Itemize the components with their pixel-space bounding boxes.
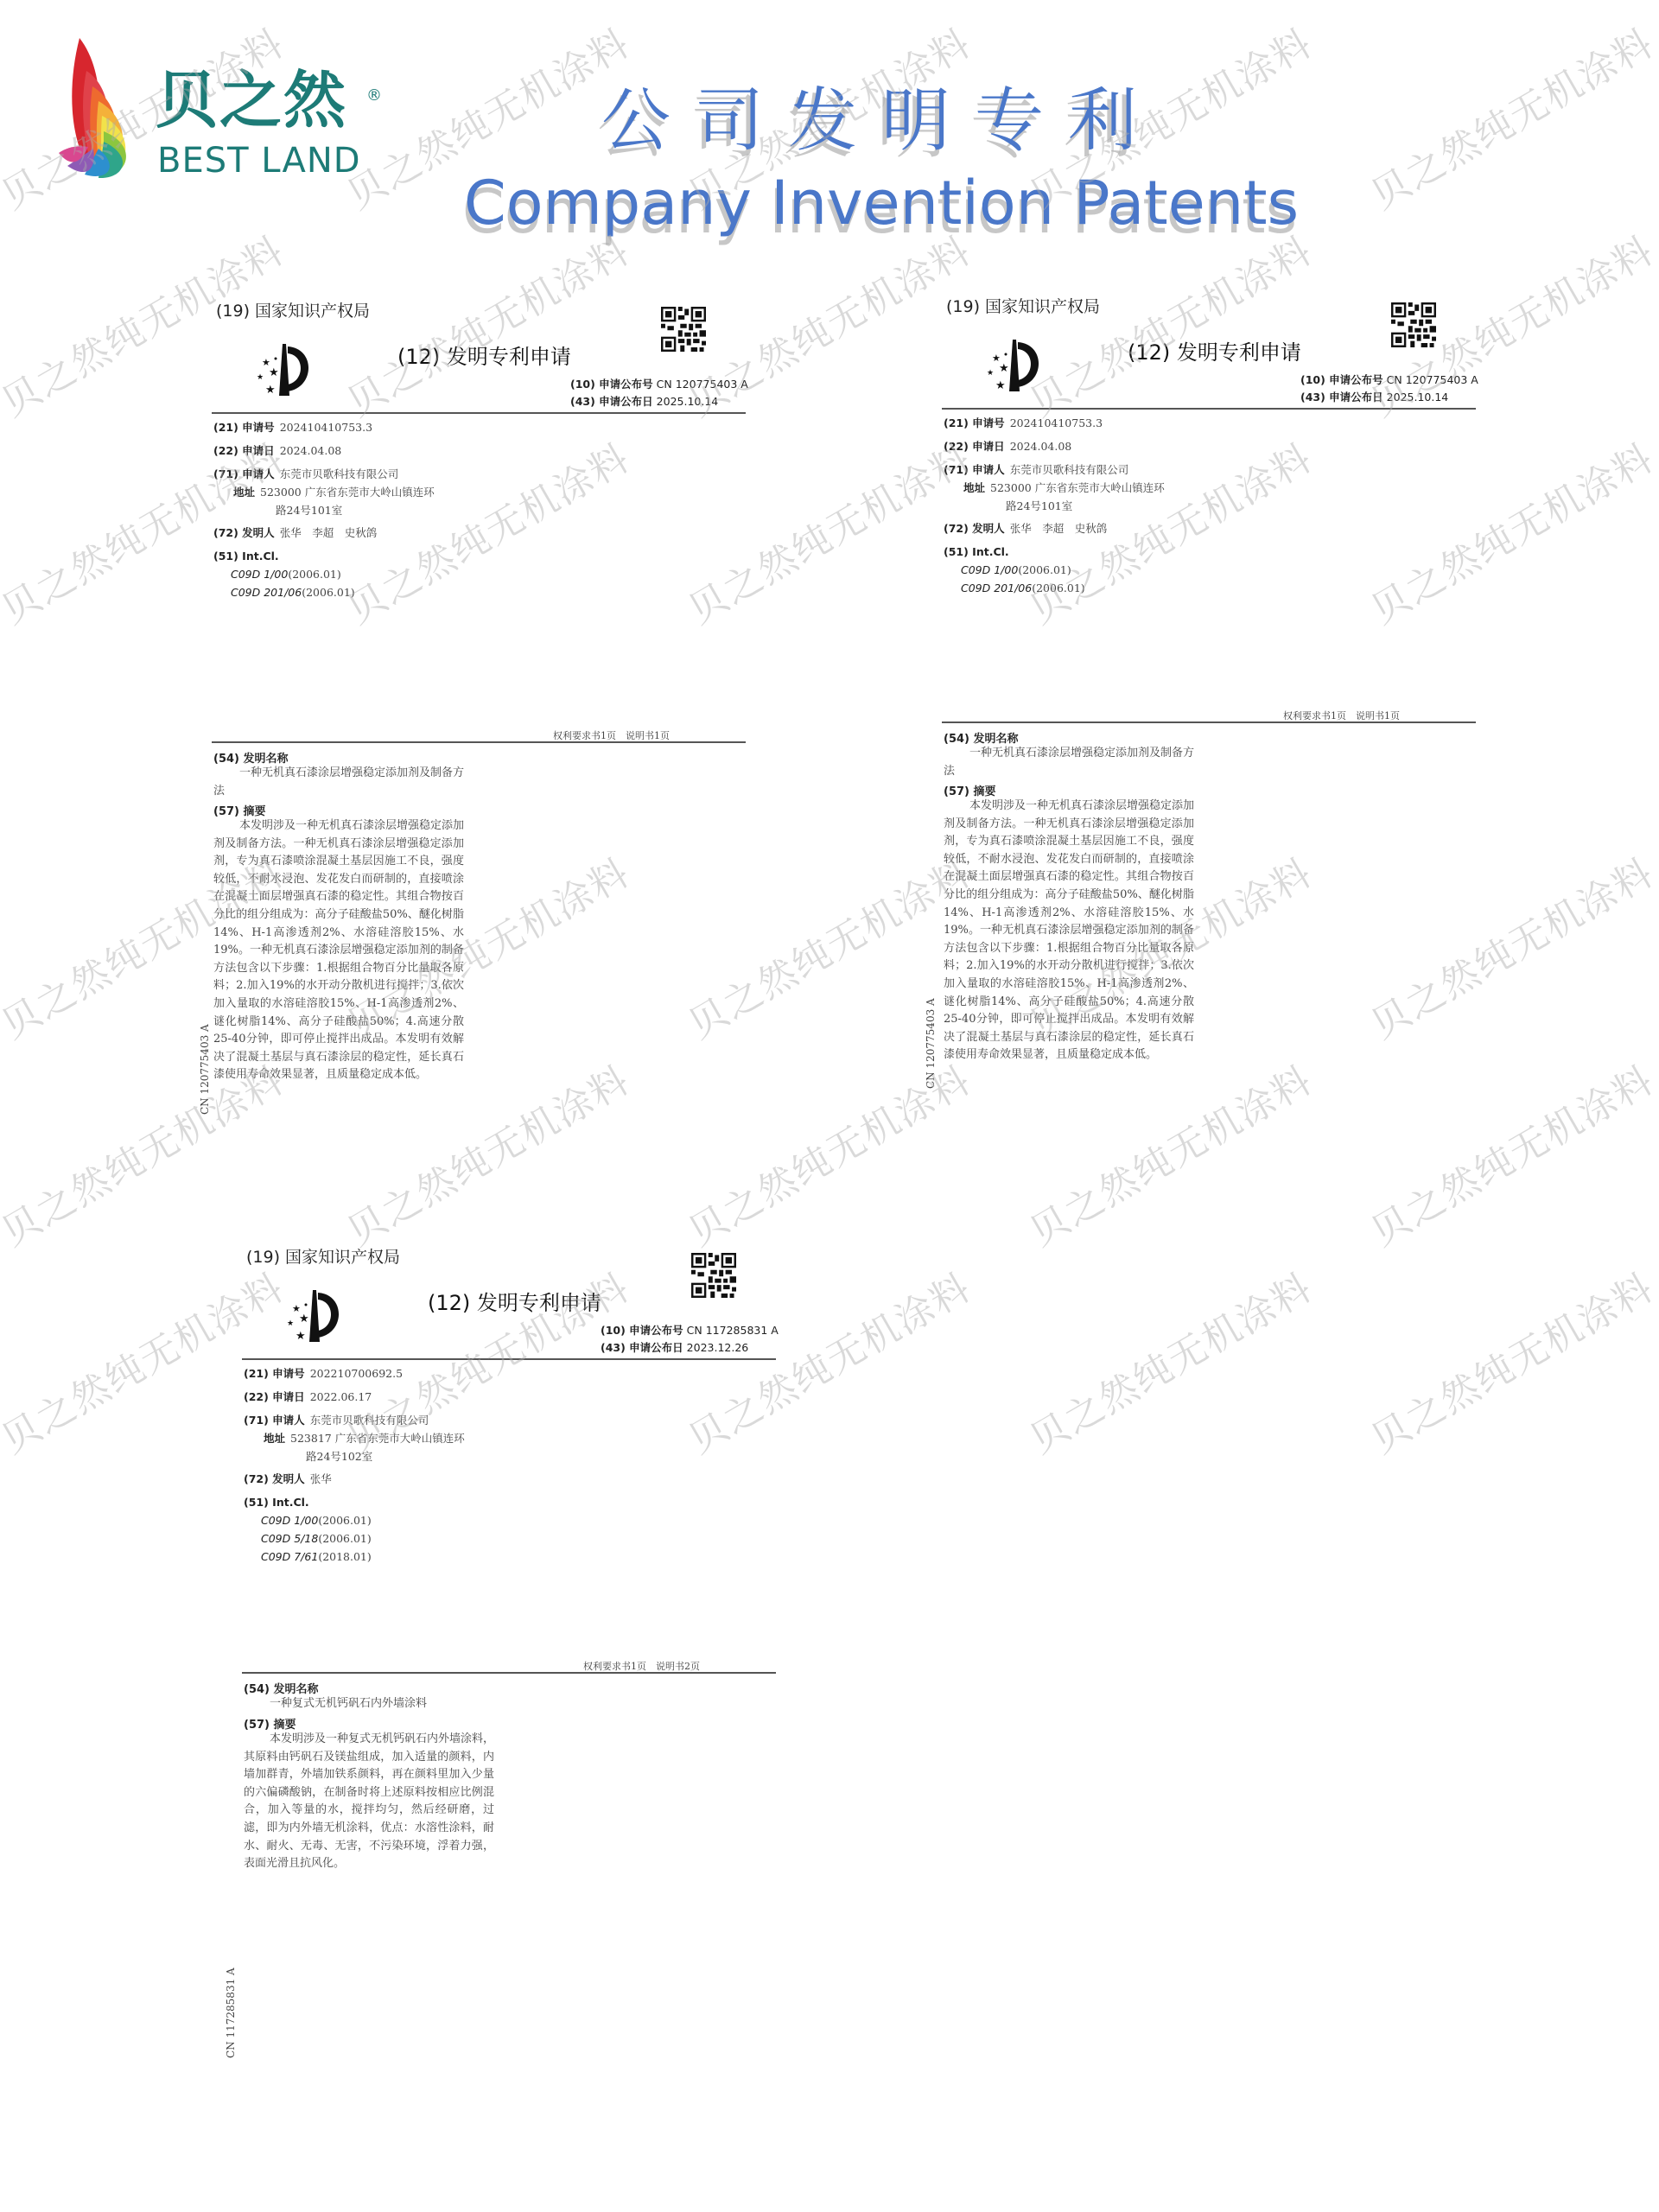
- invention-title: 一种无机真石漆涂层增强稳定添加剂及制备方法: [213, 765, 464, 800]
- application-number: 202210700692.5: [310, 1367, 403, 1380]
- invention-title-label: (54) 发明名称: [944, 729, 1019, 746]
- svg-text:★: ★: [269, 366, 279, 379]
- header-rule: [942, 408, 1476, 410]
- page-title-en: Company Invention Patents: [0, 173, 1659, 233]
- inventors: 张华 李超 史秋鸽: [1010, 522, 1108, 535]
- qr-code-icon[interactable]: [691, 1253, 736, 1298]
- page-count: 权利要求书1页 说明书1页: [553, 728, 670, 742]
- ipc-class: C09D 1/00(2006.01): [961, 565, 1071, 576]
- side-publication-number: CN 120775403 A: [199, 1024, 211, 1115]
- svg-text:★: ★: [987, 369, 994, 378]
- ipc-class: C09D 5/18(2006.01): [261, 1534, 372, 1545]
- abstract-text: 本发明涉及一种无机真石漆涂层增强稳定添加剂及制备方法。一种无机真石漆涂层增强稳定…: [944, 798, 1194, 1065]
- patent-office: (19) 国家知识产权局: [946, 294, 1100, 317]
- watermark-text: 贝之然纯无机涂料: [1018, 1050, 1321, 1256]
- application-date: 2024.04.08: [280, 444, 342, 457]
- svg-text:★: ★: [257, 373, 264, 382]
- publication-number: CN 120775403 A: [657, 378, 748, 391]
- watermark-text: 贝之然纯无机涂料: [677, 428, 980, 634]
- address: 523817 广东省东莞市大岭山镇连环: [290, 1432, 465, 1445]
- application-number: 202410410753.3: [1010, 416, 1103, 429]
- qr-code-icon[interactable]: [1391, 302, 1436, 347]
- side-publication-number: CN 117285831 A: [225, 1967, 237, 2058]
- svg-text:★: ★: [999, 362, 1009, 375]
- watermark-text: 贝之然纯无机涂料: [1018, 1257, 1321, 1464]
- address: 523000 广东省东莞市大岭山镇连环: [990, 481, 1165, 494]
- cnipa-emblem-icon: ★ ★ ★ ★: [248, 340, 317, 400]
- publication-number: CN 117285831 A: [687, 1324, 779, 1337]
- watermark-text: 贝之然纯无机涂料: [335, 428, 639, 634]
- ipc-class: C09D 1/00(2006.01): [261, 1516, 372, 1527]
- patent-office: (19) 国家知识产权局: [216, 298, 370, 321]
- invention-title: 一种复式无机钙矾石内外墙涂料: [244, 1695, 494, 1713]
- abstract-text: 本发明涉及一种无机真石漆涂层增强稳定添加剂及制备方法。一种无机真石漆涂层增强稳定…: [213, 817, 464, 1084]
- abstract-text: 本发明涉及一种复式无机钙矾石内外墙涂料，其原料由钙矾石及镁盐组成，加入适量的颜料…: [244, 1731, 494, 1873]
- publication-date: 2023.12.26: [687, 1341, 749, 1354]
- header-rule: [242, 1358, 776, 1360]
- abstract-label: (57) 摘要: [944, 782, 996, 798]
- invention-title-label: (54) 发明名称: [244, 1680, 319, 1696]
- publication-info: (10) 申请公布号 CN 120775403 A (43) 申请公布日 202…: [570, 376, 748, 410]
- applicant: 东莞市贝歌科技有限公司: [310, 1414, 429, 1427]
- qr-code-icon[interactable]: [661, 307, 706, 352]
- application-type: (12) 发明专利申请: [1128, 335, 1301, 365]
- cnipa-emblem-icon: ★ ★ ★ ★: [278, 1286, 347, 1346]
- application-type: (12) 发明专利申请: [397, 340, 571, 370]
- publication-date: 2025.10.14: [1387, 391, 1449, 404]
- patent-office: (19) 国家知识产权局: [246, 1244, 400, 1268]
- cnipa-emblem-icon: ★ ★ ★ ★: [978, 335, 1047, 396]
- watermark-text: 贝之然纯无机涂料: [1359, 1257, 1659, 1464]
- inventors: 张华 李超 史秋鸽: [280, 526, 378, 539]
- publication-number: CN 120775403 A: [1387, 373, 1478, 386]
- watermark-text: 贝之然纯无机涂料: [1359, 428, 1659, 634]
- abstract-rule: [942, 721, 1476, 723]
- application-date: 2022.06.17: [310, 1390, 372, 1403]
- abstract-rule: [212, 741, 746, 743]
- svg-text:★: ★: [265, 384, 276, 397]
- address: 523000 广东省东莞市大岭山镇连环: [260, 486, 435, 499]
- application-type: (12) 发明专利申请: [428, 1286, 601, 1316]
- invention-title-label: (54) 发明名称: [213, 749, 289, 766]
- watermark-text: 贝之然纯无机涂料: [0, 1257, 293, 1464]
- ipc-class: C09D 1/00(2006.01): [231, 569, 341, 581]
- ipc-class: C09D 201/06(2006.01): [231, 588, 355, 599]
- abstract-label: (57) 摘要: [244, 1715, 296, 1732]
- svg-text:★: ★: [995, 379, 1006, 392]
- applicant: 东莞市贝歌科技有限公司: [280, 467, 399, 480]
- application-date: 2024.04.08: [1010, 440, 1072, 453]
- ipc-class: C09D 201/06(2006.01): [961, 583, 1085, 594]
- svg-text:★: ★: [296, 1330, 306, 1343]
- page-count: 权利要求书1页 说明书1页: [1283, 709, 1400, 722]
- header-rule: [212, 412, 746, 414]
- publication-date: 2025.10.14: [657, 395, 719, 408]
- applicant: 东莞市贝歌科技有限公司: [1010, 463, 1129, 476]
- page-title-cn: 公司发明专利: [0, 86, 1659, 156]
- application-number: 202410410753.3: [280, 421, 372, 434]
- svg-text:★: ★: [287, 1319, 294, 1328]
- invention-title: 一种无机真石漆涂层增强稳定添加剂及制备方法: [944, 745, 1194, 780]
- svg-text:★: ★: [299, 1313, 309, 1325]
- publication-info: (10) 申请公布号 CN 117285831 A (43) 申请公布日 202…: [601, 1322, 779, 1357]
- side-publication-number: CN 120775403 A: [925, 998, 937, 1089]
- watermark-text: 贝之然纯无机涂料: [1359, 1050, 1659, 1256]
- publication-info: (10) 申请公布号 CN 120775403 A (43) 申请公布日 202…: [1300, 372, 1478, 406]
- inventors: 张华: [310, 1472, 332, 1485]
- abstract-rule: [242, 1672, 776, 1674]
- watermark-text: 贝之然纯无机涂料: [1018, 220, 1321, 427]
- ipc-class: C09D 7/61(2018.01): [261, 1552, 372, 1563]
- page-count: 权利要求书1页 说明书2页: [583, 1659, 700, 1673]
- watermark-text: 贝之然纯无机涂料: [1359, 842, 1659, 1049]
- abstract-label: (57) 摘要: [213, 802, 266, 818]
